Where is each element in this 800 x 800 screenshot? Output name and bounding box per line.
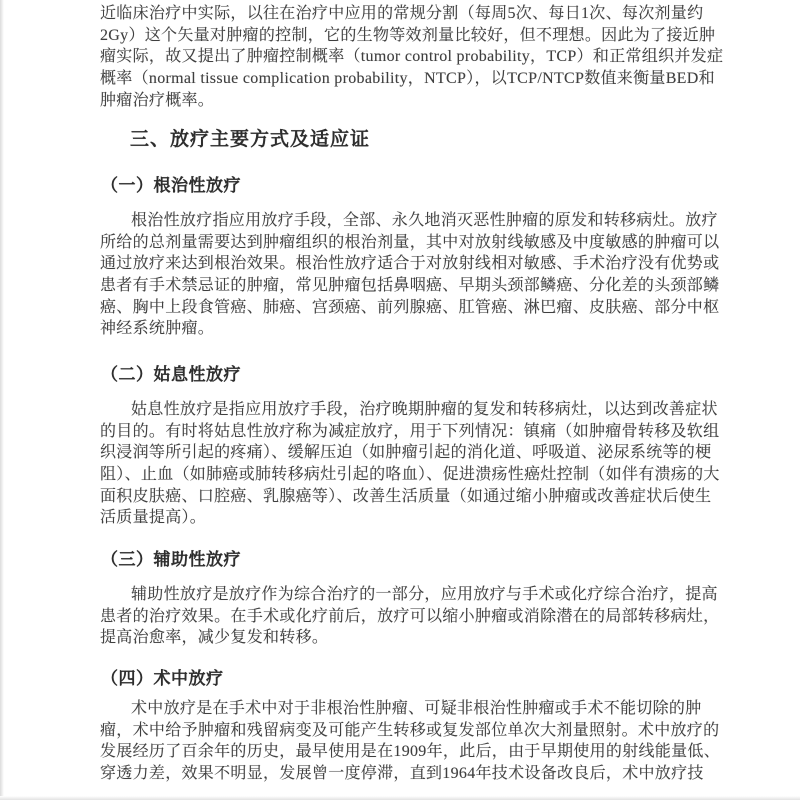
text-line: 姑息性放疗是指应用放疗手段，治疗晚期肿瘤的复发和转移病灶，以达到改善症状	[100, 399, 694, 421]
text-line: 活质量提高）。	[100, 507, 694, 529]
text-line: 神经系统肿瘤。	[100, 318, 694, 340]
document-page: 近临床治疗中实际，以往在治疗中应用的常规分割（每周5次、每日1次、每次剂量约2G…	[100, 0, 694, 800]
text-line: 阻）、止血（如肺癌或肺转移病灶引起的咯血）、促进溃疡性癌灶控制（如伴有溃疡的大	[100, 464, 694, 486]
text-line: 面积皮肤癌、口腔癌、乳腺癌等）、改善生活质量（如通过缩小肿瘤或改善症状后使生	[100, 486, 694, 508]
paragraph: 姑息性放疗是指应用放疗手段，治疗晚期肿瘤的复发和转移病灶，以达到改善症状的目的。…	[100, 399, 694, 529]
text-line: 的目的。有时将姑息性放疗称为减症放疗，用于下列情况：镇痛（如肿瘤骨转移及软组	[100, 421, 694, 443]
text-line: 所给的总剂量需要达到肿瘤组织的根治剂量，其中对放射线敏感及中度敏感的肿瘤可以	[100, 232, 694, 254]
subsection-heading: （四）术中放疗	[100, 668, 695, 690]
subsection-heading: （二）姑息性放疗	[100, 364, 695, 386]
text-line: 癌、胸中上段食管癌、肺癌、宫颈癌、前列腺癌、肛管癌、淋巴瘤、皮肤癌、部分中枢	[100, 297, 694, 319]
text-line: 术中放疗是在手术中对于非根治性肿瘤、可疑非根治性肿瘤或手术不能切除的肿	[100, 698, 694, 720]
text-line: 患者有手术禁忌证的肿瘤，常见肿瘤包括鼻咽癌、早期头颈部鳞癌、分化差的头颈部鳞	[100, 275, 694, 297]
subsection-heading: （一）根治性放疗	[100, 175, 695, 197]
text-line: 瘤，术中给予肿瘤和残留病变及可能产生转移或复发部位单次大剂量照射。术中放疗的	[100, 720, 694, 742]
text-line: 概率（normal tissue complication probabilit…	[100, 68, 694, 90]
paragraph: 根治性放疗指应用放疗手段，全部、永久地消灭恶性肿瘤的原发和转移病灶。放疗所给的总…	[100, 210, 694, 340]
paragraph: 近临床治疗中实际，以往在治疗中应用的常规分割（每周5次、每日1次、每次剂量约2G…	[100, 3, 694, 111]
text-line: 瘤实际，故又提出了肿瘤控制概率（tumor control probabilit…	[100, 46, 694, 68]
text-line: 提高治愈率，减少复发和转移。	[100, 627, 694, 649]
text-line: 织浸润等所引起的疼痛）、缓解压迫（如肿瘤引起的消化道、呼吸道、泌尿系统等的梗	[100, 442, 694, 464]
section-heading: 三、放疗主要方式及适应证	[100, 128, 724, 152]
paragraph: 术中放疗是在手术中对于非根治性肿瘤、可疑非根治性肿瘤或手术不能切除的肿瘤，术中给…	[100, 698, 694, 785]
text-line: 根治性放疗指应用放疗手段，全部、永久地消灭恶性肿瘤的原发和转移病灶。放疗	[100, 210, 694, 232]
text-line: 肿瘤治疗概率。	[100, 90, 694, 112]
text-line: 近临床治疗中实际，以往在治疗中应用的常规分割（每周5次、每日1次、每次剂量约	[100, 3, 694, 25]
scan-edge-left	[0, 0, 4, 800]
subsection-heading: （三）辅助性放疗	[100, 549, 695, 571]
paragraph: 辅助性放疗是放疗作为综合治疗的一部分，应用放疗与手术或化疗综合治疗，提高患者的治…	[100, 584, 694, 649]
text-line: 辅助性放疗是放疗作为综合治疗的一部分，应用放疗与手术或化疗综合治疗，提高	[100, 584, 694, 606]
text-line: 穿透力差，效果不明显，发展曾一度停滞，直到1964年技术设备改良后，术中放疗技	[100, 763, 694, 785]
text-line: 2Gy）这个矢量对肿瘤的控制，它的生物等效剂量比较好，但不理想。因此为了接近肿	[100, 25, 694, 47]
text-line: 患者的治疗效果。在手术或化疗前后，放疗可以缩小肿瘤或消除潜在的局部转移病灶，	[100, 606, 694, 628]
text-line: 发展经历了百余年的历史，最早使用是在1909年，此后，由于早期使用的射线能量低、	[100, 741, 694, 763]
text-line: 通过放疗来达到根治效果。根治性放疗适合于对放射线相对敏感、手术治疗没有优势或	[100, 253, 694, 275]
